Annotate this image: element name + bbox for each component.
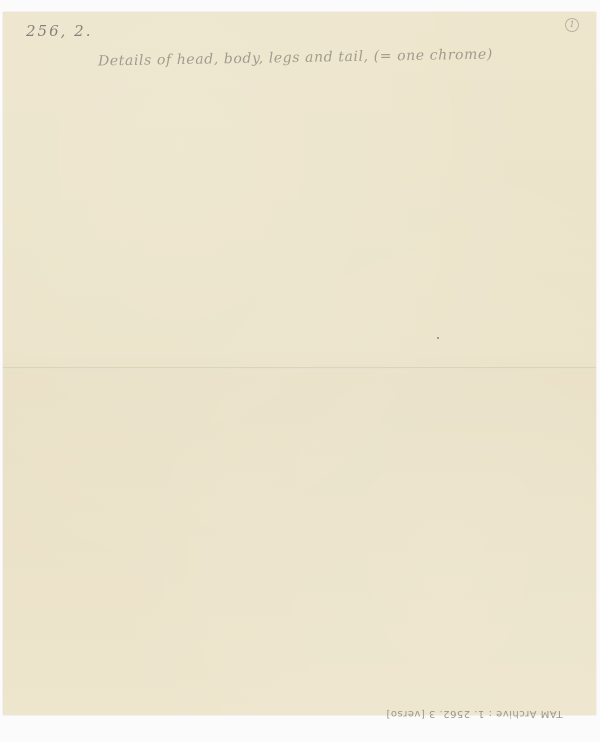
- paper-speck: [437, 337, 439, 339]
- page-number-circled: 1: [565, 18, 579, 32]
- reference-number: 256, 2.: [26, 22, 92, 40]
- paper-fold-line: [3, 367, 596, 369]
- archive-stamp: TAM Archive : 1. 2562. 3 [verso]: [386, 708, 563, 719]
- document-page: 256, 2. Details of head, body, legs and …: [3, 12, 596, 715]
- handwritten-note: Details of head, body, legs and tail, (=…: [98, 47, 493, 70]
